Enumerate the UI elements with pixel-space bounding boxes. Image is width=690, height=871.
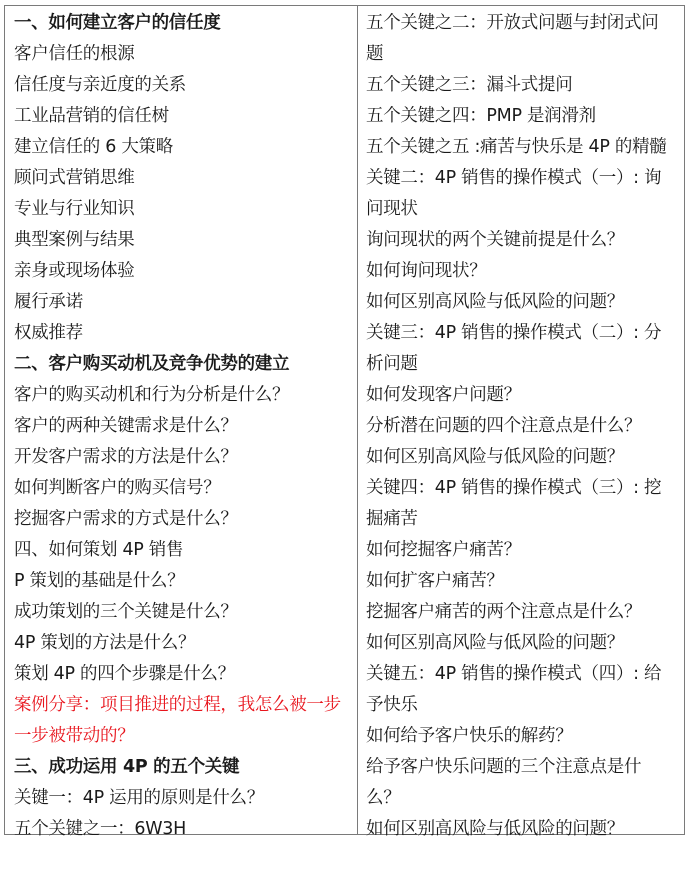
outline-item: 客户信任的根源 [14, 39, 353, 70]
outline-item: 如何给予客户快乐的解药？ [366, 721, 680, 752]
case-study-highlight: 案例分享：项目推进的过程，我怎么被一步 [14, 690, 353, 721]
outline-item: 如何区别高风险与低风险的问题？ [366, 814, 680, 845]
outline-item: 如何判断客户的购买信号？ [14, 473, 353, 504]
outline-item: 典型案例与结果 [14, 225, 353, 256]
outline-item: 如何询问现状？ [366, 256, 680, 287]
outline-item: 析问题 [366, 349, 680, 380]
outline-item: 给予客户快乐问题的三个注意点是什 [366, 752, 680, 783]
document-page: 一、如何建立客户的信任度客户信任的根源信任度与亲近度的关系工业品营销的信任树建立… [0, 0, 690, 871]
outline-item: 予快乐 [366, 690, 680, 721]
outline-item: 如何扩客户痛苦？ [366, 566, 680, 597]
outline-item: 履行承诺 [14, 287, 353, 318]
outline-item: 五个关键之五 :痛苦与快乐是 4P 的精髓 [366, 132, 680, 163]
outline-item: 挖掘客户需求的方式是什么？ [14, 504, 353, 535]
outline-item: 掘痛苦 [366, 504, 680, 535]
outline-item: 亲身或现场体验 [14, 256, 353, 287]
outline-item: 客户的两种关键需求是什么？ [14, 411, 353, 442]
outline-item: 顾问式营销思维 [14, 163, 353, 194]
section-heading: 二、客户购买动机及竞争优势的建立 [14, 349, 353, 380]
left-column: 一、如何建立客户的信任度客户信任的根源信任度与亲近度的关系工业品营销的信任树建立… [5, 6, 358, 834]
outline-item: 工业品营销的信任树 [14, 101, 353, 132]
outline-item: 关键三：4P 销售的操作模式（二）: 分 [366, 318, 680, 349]
outline-item: 题 [366, 39, 680, 70]
outline-item: 关键二：4P 销售的操作模式（一）: 询 [366, 163, 680, 194]
outline-item: 如何发现客户问题？ [366, 380, 680, 411]
outline-item: 关键五：4P 销售的操作模式（四）: 给 [366, 659, 680, 690]
outline-item: 如何挖掘客户痛苦？ [366, 535, 680, 566]
outline-table: 一、如何建立客户的信任度客户信任的根源信任度与亲近度的关系工业品营销的信任树建立… [4, 5, 685, 835]
outline-item: 四、如何策划 4P 销售 [14, 535, 353, 566]
outline-item: 权威推荐 [14, 318, 353, 349]
outline-item: 问现状 [366, 194, 680, 225]
outline-item: 如何区别高风险与低风险的问题？ [366, 287, 680, 318]
outline-item: P 策划的基础是什么？ [14, 566, 353, 597]
outline-item: 分析潜在问题的四个注意点是什么？ [366, 411, 680, 442]
section-heading: 一、如何建立客户的信任度 [14, 8, 353, 39]
outline-item: 五个关键之三：漏斗式提问 [366, 70, 680, 101]
outline-item: 挖掘客户痛苦的两个注意点是什么？ [366, 597, 680, 628]
outline-item: 询问现状的两个关键前提是什么？ [366, 225, 680, 256]
outline-item: 如何区别高风险与低风险的问题？ [366, 628, 680, 659]
outline-item: 4P 策划的方法是什么？ [14, 628, 353, 659]
outline-item: 成功策划的三个关键是什么？ [14, 597, 353, 628]
outline-item: 建立信任的 6 大策略 [14, 132, 353, 163]
outline-item: 策划 4P 的四个步骤是什么？ [14, 659, 353, 690]
right-column: 五个关键之二：开放式问题与封闭式问题五个关键之三：漏斗式提问五个关键之四：PMP… [358, 6, 684, 834]
outline-item: 关键四：4P 销售的操作模式（三）: 挖 [366, 473, 680, 504]
outline-item: 关键一：4P 运用的原则是什么？ [14, 783, 353, 814]
outline-item: 专业与行业知识 [14, 194, 353, 225]
outline-item: 五个关键之一：6W3H [14, 814, 353, 845]
outline-item: 客户的购买动机和行为分析是什么？ [14, 380, 353, 411]
outline-item: 么？ [366, 783, 680, 814]
outline-item: 五个关键之四：PMP 是润滑剂 [366, 101, 680, 132]
outline-item: 信任度与亲近度的关系 [14, 70, 353, 101]
case-study-highlight: 一步被带动的？ [14, 721, 353, 752]
outline-item: 如何区别高风险与低风险的问题？ [366, 442, 680, 473]
outline-item: 开发客户需求的方法是什么？ [14, 442, 353, 473]
outline-item: 五个关键之二：开放式问题与封闭式问 [366, 8, 680, 39]
section-heading: 三、成功运用 4P 的五个关键 [14, 752, 353, 783]
